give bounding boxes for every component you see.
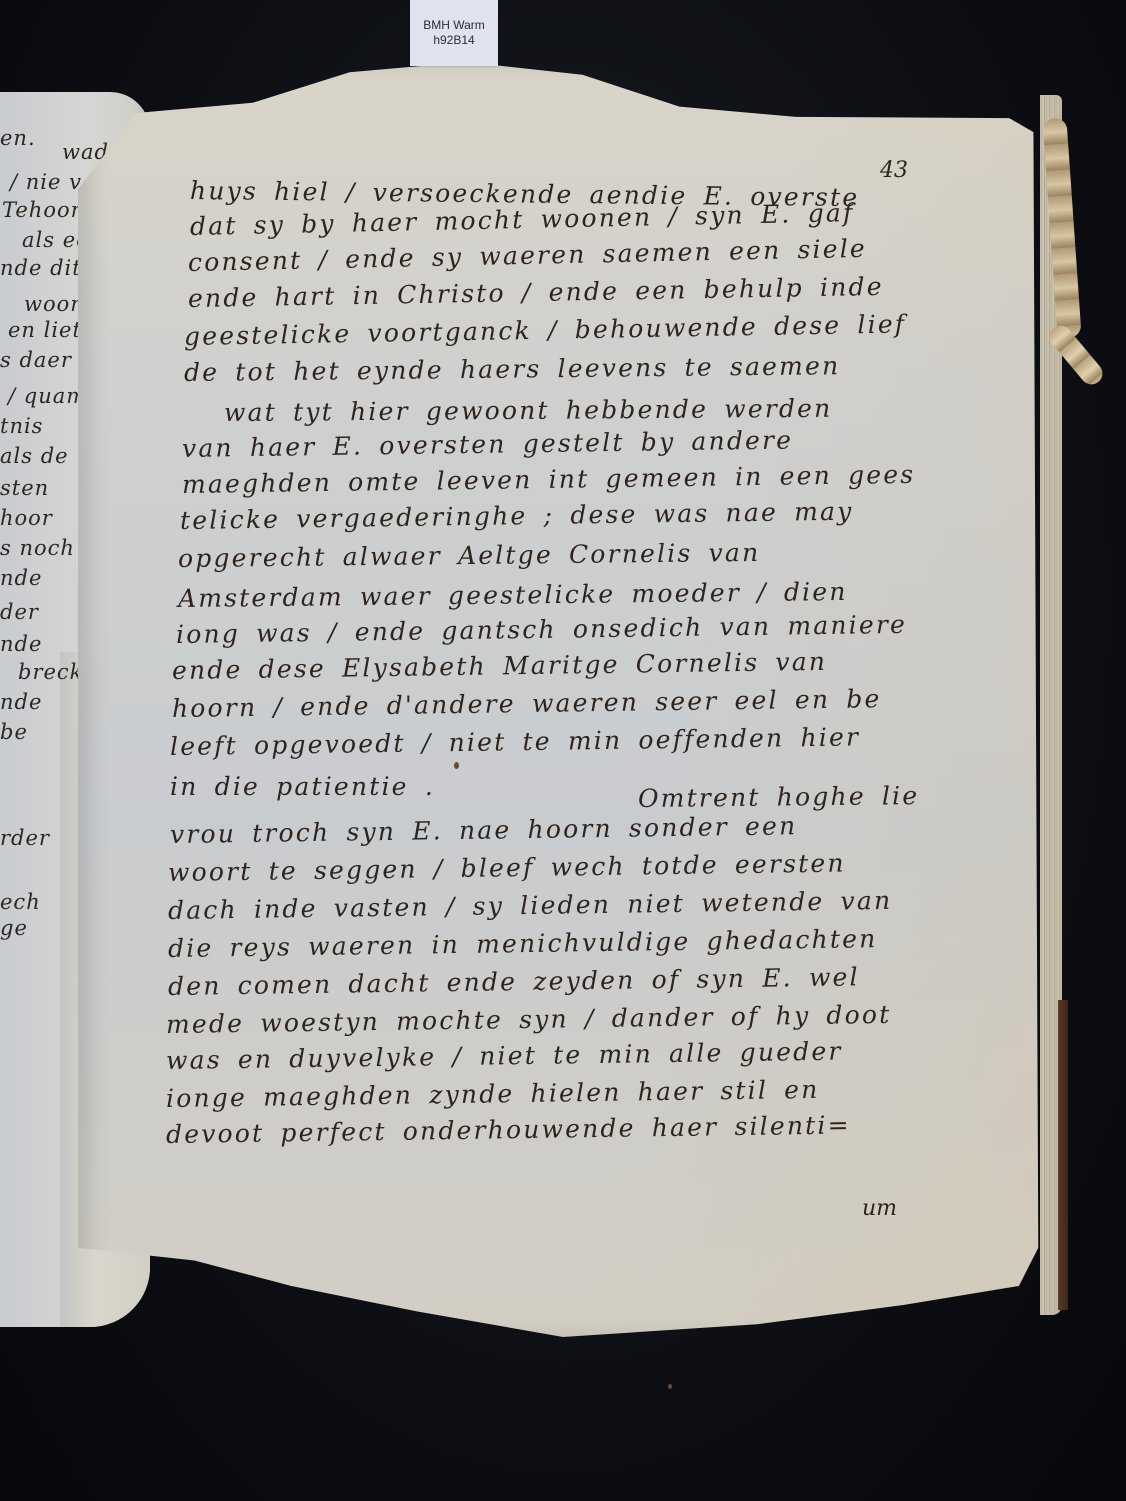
left-page-fragment: der (0, 600, 39, 624)
left-page-fragment: / quam (8, 384, 87, 408)
manuscript-line: wat tyt hier gewoont hebbende werden (224, 394, 833, 427)
catchword: um (862, 1196, 897, 1221)
manuscript-line: in die patientie . (170, 772, 435, 801)
left-page-fragment: tnis (0, 414, 43, 438)
leather-cover-edge (1058, 1000, 1068, 1310)
label-line-1: BMH Warm (423, 18, 485, 33)
left-page-fragment: sten (0, 476, 49, 500)
left-page-fragment: ge (0, 916, 28, 940)
ink-spot (454, 762, 459, 769)
left-page-fragment: s daer (0, 348, 72, 372)
left-page-fragment: nde (0, 690, 42, 714)
left-page-fragment: breck (18, 660, 83, 684)
left-page-fragment: als de (0, 444, 69, 468)
folio-number: 43 (880, 158, 908, 183)
manuscript-line: opgerecht alwaer Aeltge Cornelis van (178, 538, 761, 573)
left-page-fragment: Tehoort (2, 198, 91, 222)
left-page-fragment: hoor (0, 506, 53, 530)
ink-spot (668, 1384, 672, 1389)
manuscript-line: Omtrent hoghe lie (638, 781, 920, 813)
left-page-fragment: ech (0, 890, 41, 914)
left-page-fragment: rder (0, 826, 50, 850)
left-page-fragment: nde (0, 566, 42, 590)
left-page-fragment: be (0, 720, 28, 744)
left-page-fragment: nde (0, 632, 42, 656)
left-page-fragment: nde dit (0, 256, 82, 280)
left-page-fragment: s noch (0, 536, 75, 560)
left-page-fragment: en. (0, 126, 36, 150)
left-page-fragment: en liet (8, 318, 82, 342)
label-line-2: h92B14 (433, 33, 474, 48)
accession-label: BMH Warm h92B14 (410, 0, 498, 66)
